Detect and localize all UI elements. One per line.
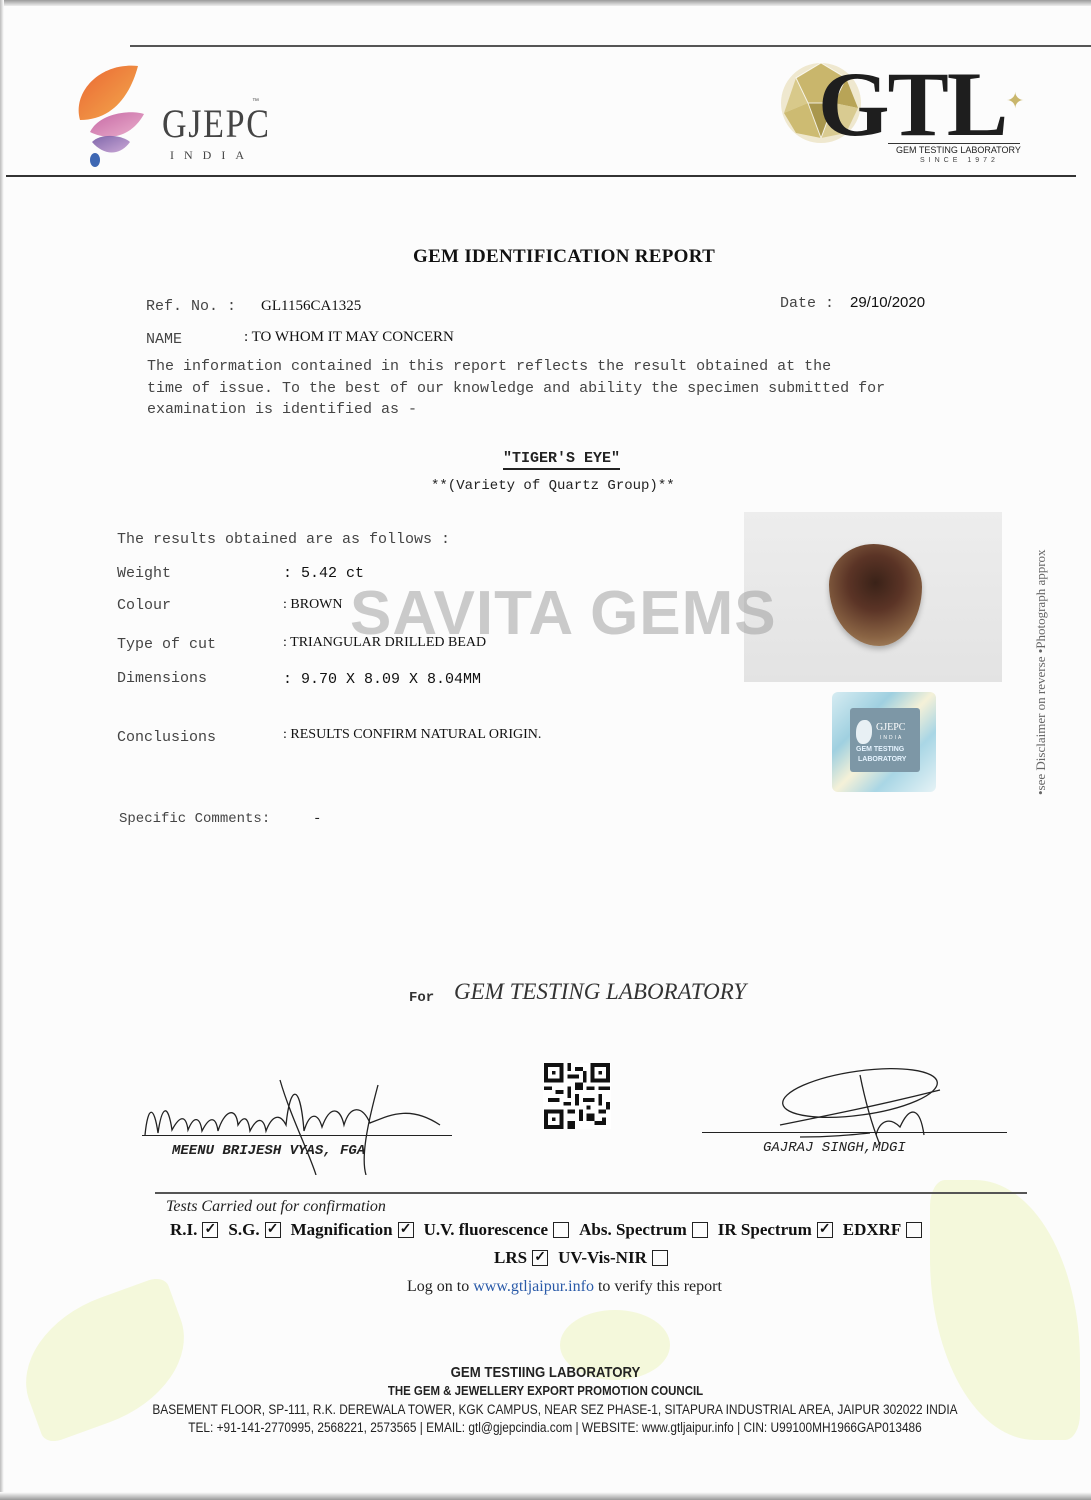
scan-edge [0, 0, 1091, 6]
for-lab-name: GEM TESTING LABORATORY [454, 979, 746, 1005]
hologram-label: GEM TESTING [856, 746, 904, 753]
for-prefix: For [409, 990, 434, 1006]
signature-line-left [142, 1135, 452, 1136]
tests-title: Tests Carried out for confirmation [166, 1198, 386, 1216]
hologram-label: LABORATORY [858, 756, 906, 763]
qr-code-icon[interactable] [543, 1063, 611, 1129]
trademark-mark: ™ [252, 98, 259, 105]
report-page: GJEPC ™ INDIA GTL ✦ GEM TESTING LABORATO… [0, 0, 1091, 1500]
test-checkbox[interactable]: ✓ [817, 1222, 833, 1238]
test-label: S.G. [228, 1220, 259, 1240]
tests-row: R.I.✓S.G.✓Magnification✓U.V. fluorescenc… [170, 1220, 1010, 1240]
test-label: Abs. Spectrum [579, 1220, 687, 1240]
dimensions-value: : 9.70 X 8.09 X 8.04MM [283, 671, 481, 688]
name-value: : TO WHOM IT MAY CONCERN [244, 329, 454, 346]
hologram-seal: GJEPC INDIA GEM TESTING LABORATORY [832, 692, 936, 792]
signatory-left-name: MEENU BRIJESH VYAS, FGA [172, 1143, 365, 1159]
verify-prefix: Log on to [407, 1278, 469, 1295]
verify-link[interactable]: www.gtljaipur.info [473, 1278, 594, 1295]
gjepc-logo-text: GJEPC [162, 100, 271, 147]
cut-label: Type of cut [117, 636, 216, 653]
test-label: Magnification [291, 1220, 393, 1240]
hologram-inner: GJEPC INDIA GEM TESTING LABORATORY [850, 708, 920, 772]
gem-variety: **(Variety of Quartz Group)** [431, 478, 675, 494]
gtl-logo-subtext: GEM TESTING LABORATORY [896, 145, 1021, 155]
test-s-g: S.G.✓ [228, 1220, 280, 1240]
test-label: IR Spectrum [718, 1220, 812, 1240]
comments-label: Specific Comments: [119, 811, 270, 827]
gem-identification: "TIGER'S EYE" [503, 450, 620, 470]
test-checkbox[interactable] [906, 1222, 922, 1238]
test-u-v-fluorescence: U.V. fluorescence [424, 1220, 570, 1240]
test-edxrf: EDXRF [843, 1220, 923, 1240]
intro-line: The information contained in this report… [147, 356, 885, 378]
gjepc-logo-icon [70, 62, 150, 172]
test-uv-vis-nir: UV-Vis-NIR [558, 1248, 668, 1268]
weight-label: Weight [117, 565, 171, 582]
test-label: U.V. fluorescence [424, 1220, 549, 1240]
hologram-brand: GJEPC [876, 722, 905, 733]
test-lrs: LRS✓ [494, 1248, 548, 1268]
test-checkbox[interactable] [692, 1222, 708, 1238]
scan-edge-left [0, 0, 4, 1500]
test-checkbox[interactable]: ✓ [398, 1222, 414, 1238]
tests-row: LRS✓UV-Vis-NIR [494, 1248, 678, 1268]
test-ir-spectrum: IR Spectrum✓ [718, 1220, 833, 1240]
colour-label: Colour [117, 597, 171, 614]
report-title: GEM IDENTIFICATION REPORT [413, 246, 715, 268]
intro-paragraph: The information contained in this report… [147, 356, 885, 421]
dimensions-label: Dimensions [117, 670, 207, 687]
conclusions-label: Conclusions [117, 729, 216, 746]
footer-address: BASEMENT FLOOR, SP-111, R.K. DEREWALA TO… [67, 1402, 1044, 1417]
intro-line: time of issue. To the best of our knowle… [147, 378, 885, 400]
test-label: LRS [494, 1248, 527, 1268]
test-checkbox[interactable] [553, 1222, 569, 1238]
comments-value: - [313, 811, 321, 827]
signatory-right-name: GAJRAJ SINGH,MDGI [763, 1140, 906, 1156]
gtl-since-text: SINCE 1972 [920, 157, 999, 164]
ref-label: Ref. No. : [146, 298, 236, 315]
results-heading: The results obtained are as follows : [117, 531, 450, 548]
sparkle-icon: ✦ [1006, 88, 1024, 114]
signature-line-right [702, 1132, 1007, 1133]
date-value: 29/10/2020 [850, 294, 925, 311]
test-abs-spectrum: Abs. Spectrum [579, 1220, 708, 1240]
test-label: EDXRF [843, 1220, 902, 1240]
test-magnification: Magnification✓ [291, 1220, 414, 1240]
tests-divider [155, 1192, 1027, 1194]
footer-council: THE GEM & JEWELLERY EXPORT PROMOTION COU… [65, 1383, 1025, 1398]
header-divider [6, 175, 1076, 177]
intro-line: examination is identified as - [147, 399, 885, 421]
test-label: UV-Vis-NIR [558, 1248, 647, 1268]
signature-left-icon [140, 1075, 460, 1175]
footer-contact: TEL: +91-141-2770995, 2568221, 2573565 |… [67, 1420, 1044, 1435]
date-label: Date : [780, 295, 834, 312]
side-disclaimer: •see Disclaimer on reverse •Photograph a… [1033, 520, 1049, 795]
gtl-logo-text: GTL [818, 58, 1006, 150]
hologram-emblem-icon [856, 720, 872, 744]
verify-line: Log on to www.gtljaipur.info to verify t… [407, 1278, 722, 1296]
test-checkbox[interactable] [652, 1250, 668, 1266]
decorative-leaf [930, 1180, 1080, 1440]
watermark-text: SAVITA GEMS [350, 578, 777, 649]
colour-value: : BROWN [283, 597, 343, 613]
verify-suffix: to verify this report [598, 1278, 722, 1295]
scan-edge-bottom [0, 1492, 1091, 1500]
gem-photo [744, 512, 1002, 682]
gjepc-logo-subtext: INDIA [170, 148, 254, 163]
test-checkbox[interactable]: ✓ [265, 1222, 281, 1238]
test-checkbox[interactable]: ✓ [202, 1222, 218, 1238]
gem-stone-image [829, 544, 922, 646]
name-label: NAME [146, 331, 182, 348]
ref-number: GL1156CA1325 [261, 298, 361, 315]
test-r-i: R.I.✓ [170, 1220, 218, 1240]
conclusions-value: : RESULTS CONFIRM NATURAL ORIGIN. [283, 727, 541, 743]
gtl-underline [888, 143, 1020, 144]
footer-lab-name: GEM TESTIING LABORATORY [65, 1364, 1025, 1381]
test-checkbox[interactable]: ✓ [532, 1250, 548, 1266]
hologram-sub: INDIA [880, 735, 903, 741]
top-border [130, 45, 1091, 47]
test-label: R.I. [170, 1220, 197, 1240]
signature-right-icon [740, 1065, 960, 1150]
